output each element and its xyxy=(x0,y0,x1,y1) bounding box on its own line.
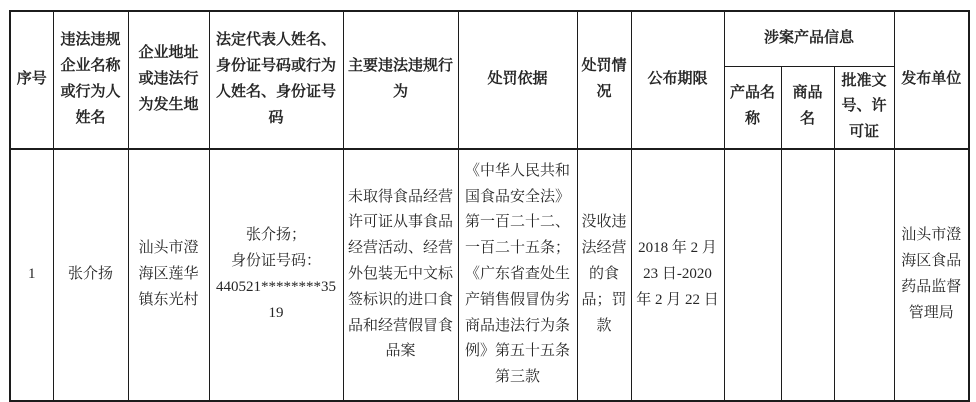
header-approval: 批准文号、许可证 xyxy=(834,66,894,149)
cell-product-name xyxy=(724,149,781,401)
header-product-group: 涉案产品信息 xyxy=(724,11,894,66)
cell-seq: 1 xyxy=(10,149,53,401)
header-penalty: 处罚情况 xyxy=(577,11,631,149)
header-publisher: 发布单位 xyxy=(894,11,969,149)
cell-basis: 《中华人民共和国食品安全法》第一百二十二、一百二十五条；《广东省查处生产销售假冒… xyxy=(458,149,577,401)
cell-approval xyxy=(834,149,894,401)
header-entity-name: 违法违规企业名称或行为人姓名 xyxy=(53,11,128,149)
legal-rep-name: 张介扬； xyxy=(214,223,339,249)
cell-publisher: 汕头市澄海区食品药品监督管理局 xyxy=(894,149,969,401)
cell-legal-rep: 张介扬； 身份证号码： 440521********3519 xyxy=(209,149,343,401)
header-address: 企业地址或违法行为发生地 xyxy=(128,11,209,149)
header-trade-name: 商品名 xyxy=(781,66,834,149)
cell-entity-name: 张介扬 xyxy=(53,149,128,401)
header-legal-rep: 法定代表人姓名、身份证号码或行为人姓名、身份证号码 xyxy=(209,11,343,149)
legal-rep-id-value: 440521********3519 xyxy=(214,275,339,327)
header-seq: 序号 xyxy=(10,11,53,149)
header-product-name: 产品名称 xyxy=(724,66,781,149)
header-violation: 主要违法违规行为 xyxy=(343,11,458,149)
cell-violation: 未取得食品经营许可证从事食品经营活动、经营外包装无中文标签标识的进口食品和经营假… xyxy=(343,149,458,401)
page: 序号 违法违规企业名称或行为人姓名 企业地址或违法行为发生地 法定代表人姓名、身… xyxy=(0,0,976,392)
table-row: 1 张介扬 汕头市澄海区莲华镇东光村 张介扬； 身份证号码： 440521***… xyxy=(10,149,969,401)
cell-penalty: 没收违法经营的食品；罚款 xyxy=(577,149,631,401)
header-basis: 处罚依据 xyxy=(458,11,577,149)
header-publish-period: 公布期限 xyxy=(631,11,724,149)
cell-publish-period: 2018 年 2 月 23 日-2020 年 2 月 22 日 xyxy=(631,149,724,401)
cell-trade-name xyxy=(781,149,834,401)
cell-address: 汕头市澄海区莲华镇东光村 xyxy=(128,149,209,401)
legal-rep-id-label: 身份证号码： xyxy=(214,249,339,275)
penalty-table: 序号 违法违规企业名称或行为人姓名 企业地址或违法行为发生地 法定代表人姓名、身… xyxy=(9,10,970,402)
